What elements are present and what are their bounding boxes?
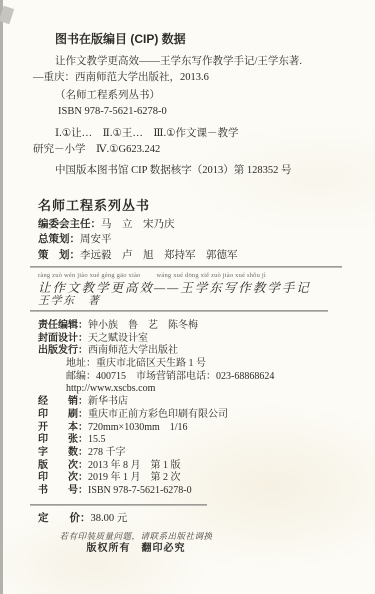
cip-record-number: 中国版本图书馆 CIP 数据核字（2013）第 128352 号 [55,163,361,179]
series-row-chief-planner-value: 周安平 [80,234,112,245]
series-row-committee: 编委会主任：马 立 宋乃庆 [38,217,361,232]
divider-bottom [30,504,207,506]
row-book-number-label: 书 号： [38,485,88,496]
cip-classification-line1: Ⅰ.①让… Ⅱ.①王… Ⅲ.①作文课－教学 [55,126,361,142]
row-printer-label: 印 刷： [38,409,88,420]
row-cover-design: 封面设计：天之赋设计室 [38,333,361,346]
row-format: 开 本：720mm×1030mm 1/16 [38,422,361,435]
row-book-number-value: ISBN 978-7-5621-6278-0 [88,485,192,496]
row-word-count-label: 字 数： [38,447,88,458]
page-content: 图书在版编目 (CIP) 数据 让作文教学更高效——王学东写作教学手记/王学东著… [33,30,361,555]
row-distributor-label: 经 销： [38,396,88,407]
scan-edge-left [0,0,3,594]
row-printer: 印 刷：重庆市正前方彩色印刷有限公司 [38,409,361,422]
scan-edge-corner [0,6,14,25]
row-impression-value: 2019 年 1 月 第 2 次 [88,472,181,483]
row-editor: 责任编辑：钟小族 鲁 艺 陈冬梅 [38,320,361,333]
book-author: 王学东 著 [38,295,361,308]
row-distributor: 经 销：新华书店 [38,396,361,409]
title-pinyin: ràng zuò wén jiào xué gèng gāo xiàowáng … [38,272,361,280]
row-editor-value: 钟小族 鲁 艺 陈冬梅 [88,320,198,331]
row-price-value: 38.00 元 [91,513,128,524]
series-row-chief-planner: 总策划：周安平 [38,232,361,247]
row-printer-value: 重庆市正前方彩色印刷有限公司 [88,409,228,420]
row-sheets-label: 印 张： [38,434,88,445]
cip-description-line1: 让作文教学更高效——王学东写作教学手记/王学东著. [55,54,361,70]
row-publisher: 出版发行：西南师范大学出版社 [38,345,361,358]
row-edition-label: 版 次： [38,460,88,471]
row-cover-design-label: 封面设计： [38,333,88,344]
row-format-label: 开 本： [38,422,88,433]
copyright-page: 图书在版编目 (CIP) 数据 让作文教学更高效——王学东写作教学手记/王学东著… [0,0,375,594]
title-pinyin-right: wáng xué dōng xiě zuò jiào xué shǒu jì [156,272,265,279]
quality-notice: 若有印装质量问题，请联系出版社调换 [30,531,242,542]
row-word-count: 字 数：278 千字 [38,447,361,460]
row-word-count-value: 278 千字 [88,447,126,458]
series-credits: 编委会主任：马 立 宋乃庆 总策划：周安平 策 划：李远毅 卢 旭 郑持军 郭德… [38,217,361,263]
row-format-value: 720mm×1030mm 1/16 [88,422,188,433]
series-row-planners: 策 划：李远毅 卢 旭 郑持军 郭德军 [38,248,361,263]
row-price: 定 价：38.00 元 [38,512,361,525]
title-pinyin-left: ràng zuò wén jiào xué gèng gāo xiào [38,272,140,279]
cip-header: 图书在版编目 (CIP) 数据 [55,32,361,46]
row-price-label: 定 价： [38,512,91,524]
row-edition: 版 次：2013 年 8 月 第 1 版 [38,460,361,473]
book-title: 让作文教学更高效——王学东写作教学手记 [38,281,361,295]
row-sheets-value: 15.5 [88,434,106,445]
bottom-notices: 若有印装质量问题，请联系出版社调换 版权所有 翻印必究 [30,531,242,555]
row-publisher-postcode-phone: 邮编：400715 市场营销部电话：023-68868624 [66,371,361,384]
series-row-planners-value: 李远毅 卢 旭 郑持军 郭德军 [80,250,238,261]
row-publisher-value: 西南师范大学出版社 [88,345,178,356]
row-publisher-address: 地址：重庆市北碚区天生路 1 号 [66,358,361,371]
row-impression-label: 印 次： [38,472,88,483]
row-impression: 印 次：2019 年 1 月 第 2 次 [38,472,361,485]
row-sheets: 印 张：15.5 [38,434,361,447]
divider-top [30,266,342,268]
series-row-chief-planner-label: 总策划： [38,233,80,245]
copyright-notice: 版权所有 翻印必究 [30,542,242,555]
divider-middle [30,310,328,312]
cip-description-line2: —重庆：西南师范大学出版社，2013.6 [33,70,361,86]
row-edition-value: 2013 年 8 月 第 1 版 [88,460,181,471]
cip-isbn: ISBN 978-7-5621-6278-0 [58,104,361,120]
series-title: 名师工程系列丛书 [38,198,361,214]
row-publisher-website: http://www.xscbs.com [66,383,361,396]
row-editor-label: 责任编辑： [38,320,88,331]
row-distributor-value: 新华书店 [88,396,128,407]
series-row-committee-value: 马 立 宋乃庆 [101,219,175,230]
series-row-committee-label: 编委会主任： [38,218,101,230]
cip-classification-line2: 研究－小学 Ⅳ.①G623.242 [33,142,361,158]
cip-series-note: （名师工程系列丛书） [55,88,361,104]
row-book-number: 书 号：ISBN 978-7-5621-6278-0 [38,485,361,498]
row-publisher-label: 出版发行： [38,345,88,356]
series-row-planners-label: 策 划： [38,249,80,261]
publication-info: 责任编辑：钟小族 鲁 艺 陈冬梅 封面设计：天之赋设计室 出版发行：西南师范大学… [38,320,361,498]
row-cover-design-value: 天之赋设计室 [88,333,148,344]
